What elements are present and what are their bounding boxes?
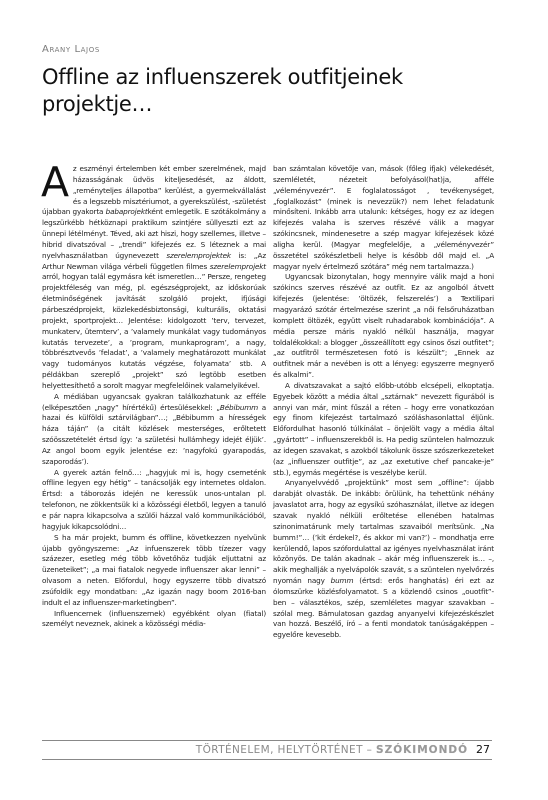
- paragraph: Ugyancsak bizonytalan, hogy mennyire vál…: [273, 272, 494, 380]
- paragraph: S ha már projekt, bumm és offline, követ…: [42, 533, 266, 609]
- article-column-1: Az eszményi értelemben két ember szerelm…: [42, 164, 266, 630]
- paragraph: Influencernek (influenszernek) egyébként…: [42, 609, 266, 631]
- paragraph: A gyerek aztán felnő…: „hagyjuk mi is, h…: [42, 468, 266, 533]
- paragraph: Anyanyelvvédő „projektünk” most sem „off…: [273, 478, 494, 641]
- publication-brand: SZÓKIMONDÓ: [376, 744, 468, 756]
- paragraph: ban számtalan követője van, mások (főleg…: [273, 164, 494, 272]
- paragraph: Az eszményi értelemben két ember szerelm…: [42, 164, 266, 392]
- section-label: TÖRTÉNELEM, HELYTÖRTÉNET –: [196, 744, 376, 756]
- paragraph: A médiában ugyancsak gyakran találkozhat…: [42, 392, 266, 468]
- article-title: Offline az influenszerek outfitjeinek pr…: [42, 64, 482, 118]
- paragraph: A divatszavakat a sajtó előbb-utóbb elcs…: [273, 381, 494, 479]
- author-name: Arany Lajos: [42, 44, 100, 55]
- drop-cap: A: [41, 165, 69, 199]
- article-column-2: ban számtalan követője van, mások (főleg…: [273, 164, 494, 641]
- page-number: 27: [476, 743, 490, 756]
- page-footer: TÖRTÉNELEM, HELYTÖRTÉNET – SZÓKIMONDÓ27: [42, 740, 492, 760]
